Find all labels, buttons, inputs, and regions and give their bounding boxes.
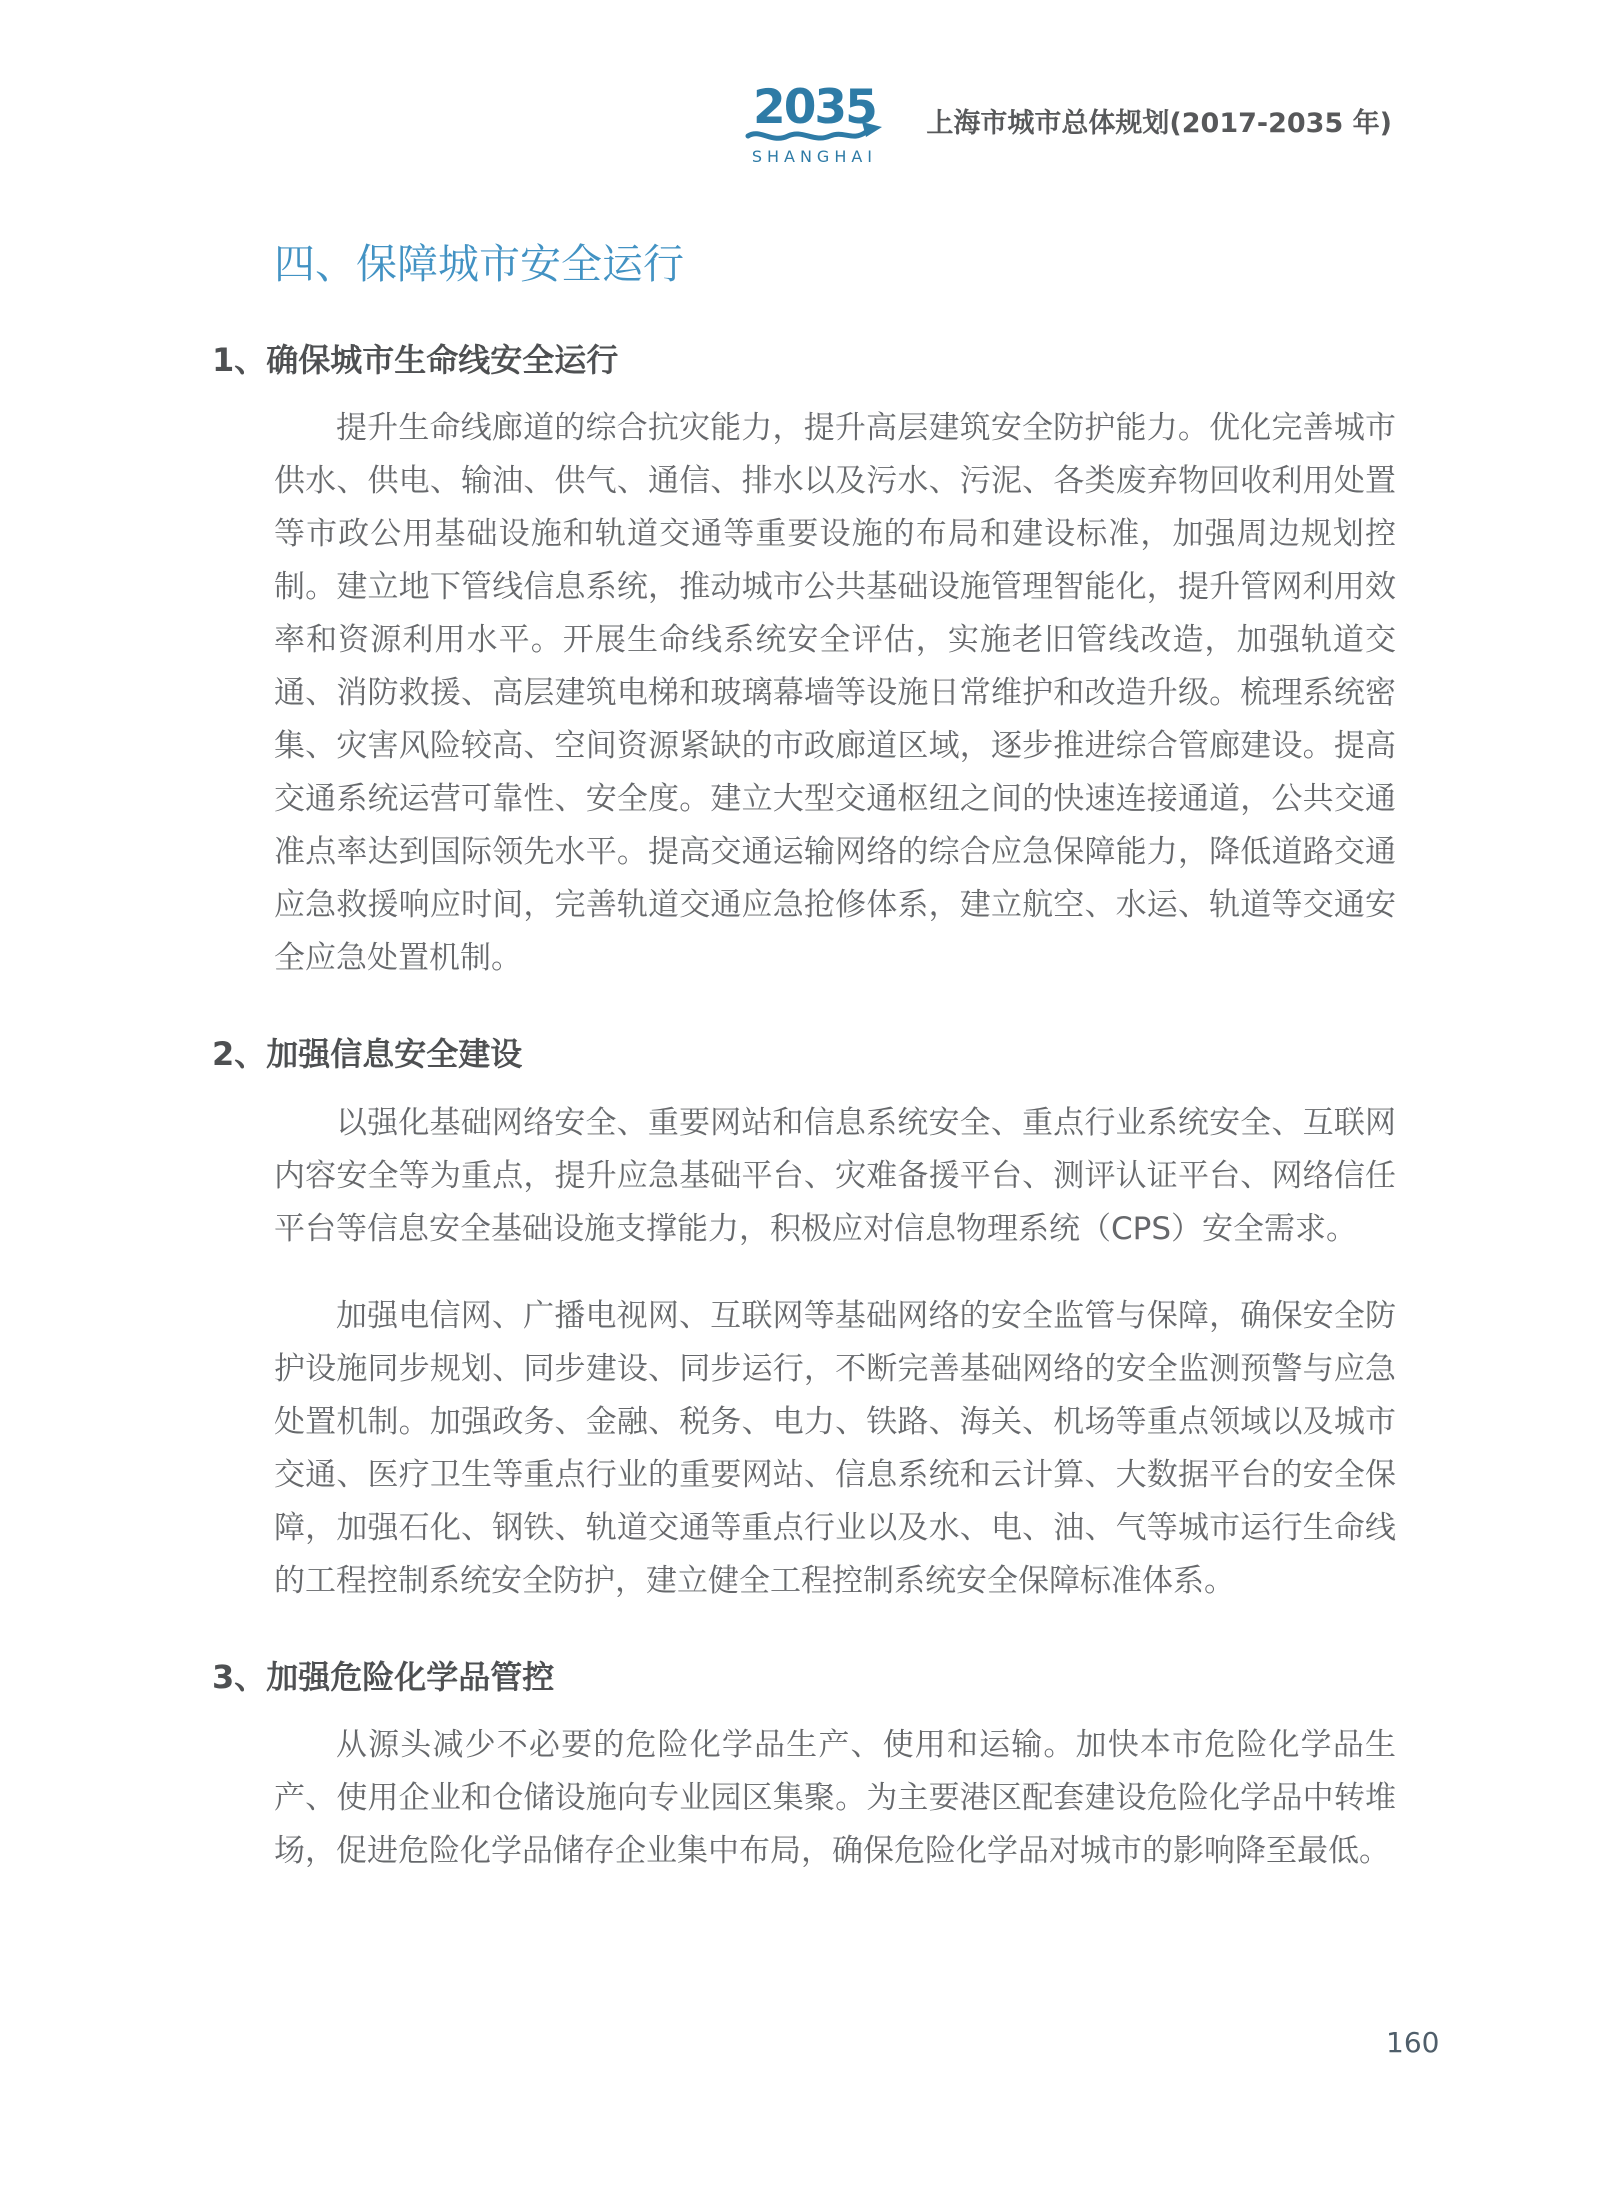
page-number: 160 bbox=[1386, 2026, 1439, 2059]
logo-wave-arrow-icon bbox=[744, 120, 884, 146]
logo-city-text: SHANGHAI bbox=[752, 147, 877, 166]
subsection-2-paragraph-1: 以强化基础网络安全、重要网站和信息系统安全、重点行业系统安全、互联网内容安全等为… bbox=[274, 1097, 1396, 1256]
subsection-3-paragraph: 从源头减少不必要的危险化学品生产、使用和运输。加快本市危险化学品生产、使用企业和… bbox=[274, 1719, 1396, 1878]
section-title: 四、保障城市安全运行 bbox=[274, 238, 1396, 291]
subsection-1-heading: 1、确保城市生命线安全运行 bbox=[212, 339, 1396, 382]
subsection-2-paragraph-2: 加强电信网、广播电视网、互联网等基础网络的安全监管与保障，确保安全防护设施同步规… bbox=[274, 1290, 1396, 1608]
subsection-1-paragraph: 提升生命线廊道的综合抗灾能力，提升高层建筑安全防护能力。优化完善城市供水、供电、… bbox=[274, 402, 1396, 985]
content-area: 四、保障城市安全运行 1、确保城市生命线安全运行 提升生命线廊道的综合抗灾能力，… bbox=[274, 238, 1396, 1878]
page-header: 2035 SHANGHAI 上海市城市总体规划(2017-2035 年) bbox=[740, 88, 1392, 166]
subsection-3: 3、加强危险化学品管控 从源头减少不必要的危险化学品生产、使用和运输。加快本市危… bbox=[274, 1656, 1396, 1878]
subsection-3-heading: 3、加强危险化学品管控 bbox=[212, 1656, 1396, 1699]
subsection-1: 1、确保城市生命线安全运行 提升生命线廊道的综合抗灾能力，提升高层建筑安全防护能… bbox=[274, 339, 1396, 985]
subsection-2-heading: 2、加强信息安全建设 bbox=[212, 1033, 1396, 1076]
document-page: 2035 SHANGHAI 上海市城市总体规划(2017-2035 年) 四、保… bbox=[0, 0, 1614, 2205]
document-title: 上海市城市总体规划(2017-2035 年) bbox=[926, 101, 1392, 154]
shanghai-2035-logo: 2035 SHANGHAI bbox=[740, 88, 888, 166]
subsection-2: 2、加强信息安全建设 以强化基础网络安全、重要网站和信息系统安全、重点行业系统安… bbox=[274, 1033, 1396, 1607]
